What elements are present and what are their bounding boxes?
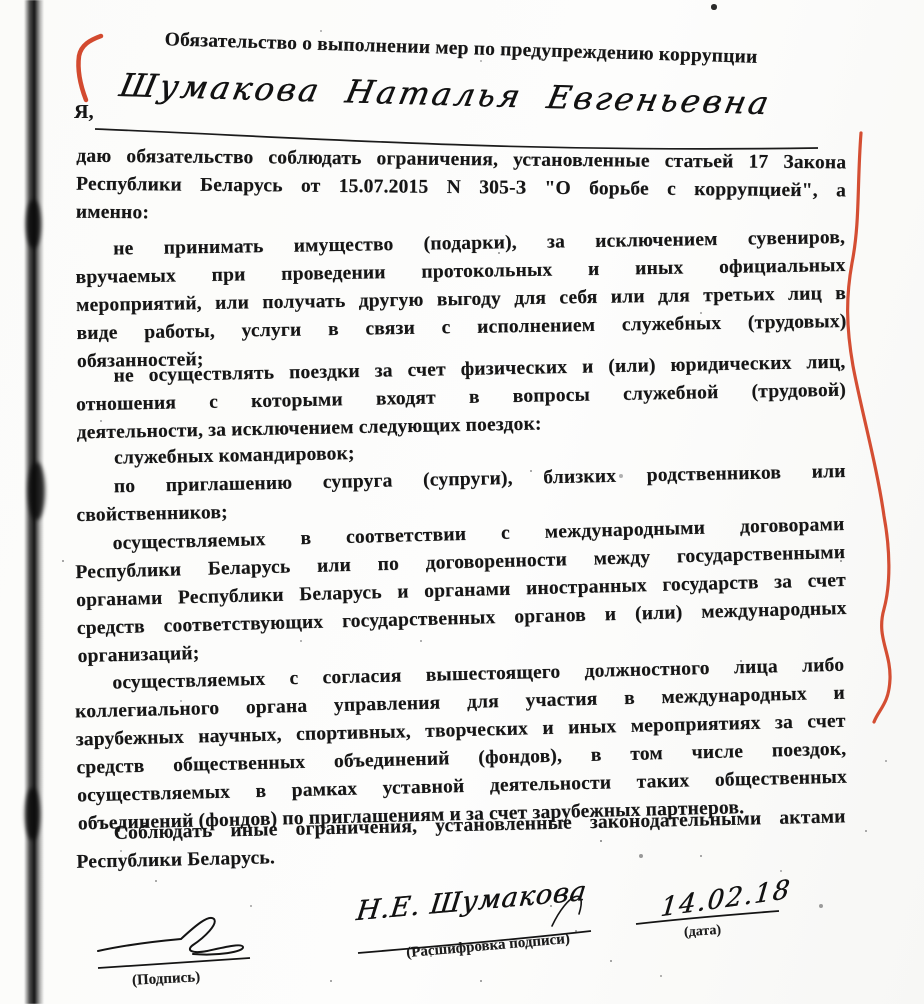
signature-name-handwritten: Н.Е. Шумакова: [355, 876, 589, 928]
paragraph-international-agreements: осуществляемых в соответствии с междунар…: [74, 511, 847, 671]
red-margin-line: [848, 133, 890, 722]
paragraph-preamble: даю обязательство соблюдать ограничения,…: [76, 143, 847, 234]
signature-stroke: [98, 918, 250, 968]
document-title: Обязательство о выполнении мер по предуп…: [76, 27, 846, 72]
intro-prefix: Я,: [74, 101, 93, 124]
date-caption: (дата): [683, 923, 721, 942]
declarant-name-handwritten: Шумакова Наталья Евгеньевна: [116, 66, 833, 124]
signature-name-caption: (Расшифровка подписи): [406, 931, 571, 962]
signature-caption: (Подпись): [132, 969, 201, 990]
scanned-document-page: Обязательство о выполнении мер по предуп…: [0, 0, 924, 1004]
scan-edge-blot: [25, 788, 40, 840]
scan-edge-blot: [28, 462, 45, 520]
scan-edge-blot: [26, 200, 41, 248]
date-handwritten: 14.02.18: [659, 874, 793, 923]
